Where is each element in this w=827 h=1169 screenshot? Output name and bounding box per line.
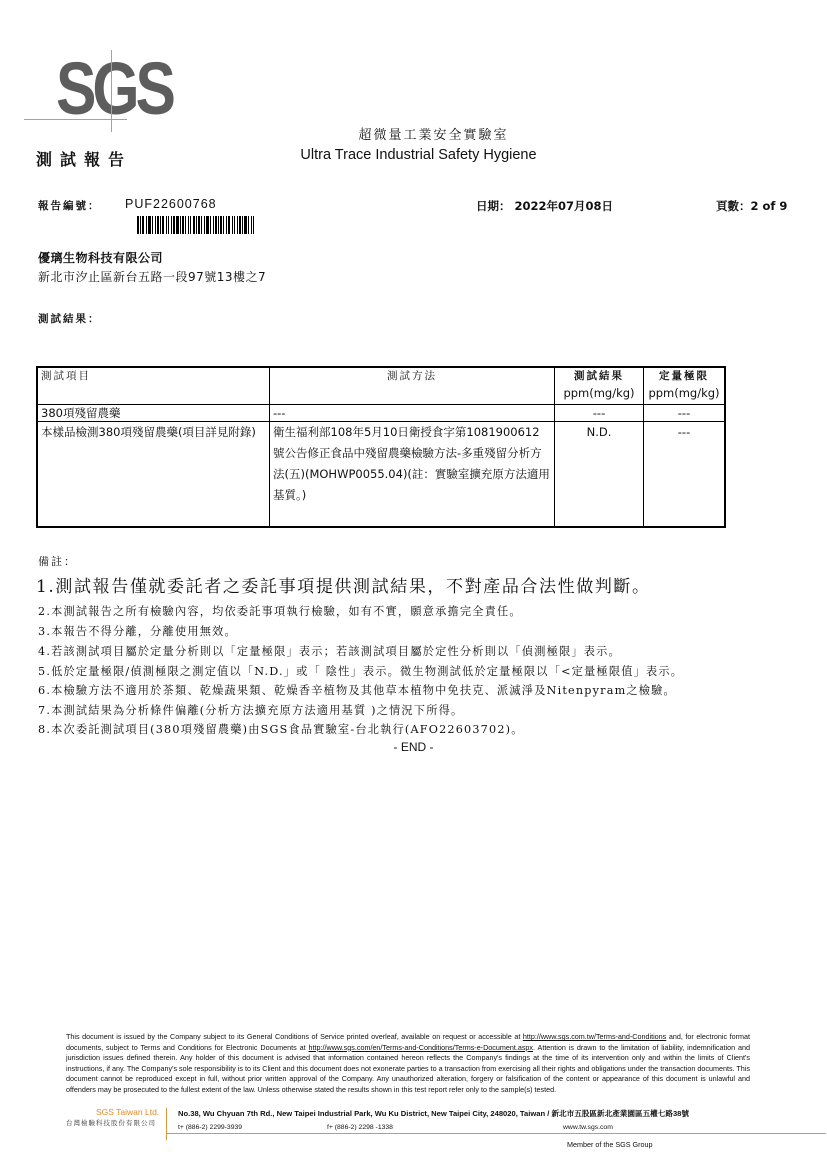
note-item: 1.測試報告僅就委託者之委託事項提供測試結果，不對產品合法性做判斷。 — [36, 572, 651, 597]
notes-title: 備註： — [38, 553, 77, 569]
cell-method: --- — [270, 405, 555, 422]
footer-accent-vline — [166, 1108, 167, 1140]
client-address: 新北市汐止區新台五路一段97號13樓之7 — [38, 268, 266, 285]
cell-item: 本樣品檢測380項殘留農藥(項目詳見附錄) — [37, 422, 270, 528]
table-row: 380項殘留農藥 --- --- --- — [37, 405, 725, 422]
footer-website[interactable]: www.tw.sgs.com — [563, 1124, 613, 1131]
footer-fax: f+ (886-2) 2298 -1338 — [327, 1124, 393, 1131]
header-loq-label: 定量極限 — [647, 368, 721, 385]
client-name: 優璃生物科技有限公司 — [38, 249, 163, 266]
footer-company-cn: 台灣檢驗科技股份有限公司 — [66, 1118, 156, 1127]
header-result-label: 測試結果 — [558, 368, 640, 385]
header-loq-unit: ppm(mg/kg) — [647, 385, 721, 402]
note-item: 2.本測試報告之所有檢驗內容，均依委託事項執行檢驗，如有不實，願意承擔完全責任。 — [38, 603, 522, 619]
cell-loq: --- — [644, 422, 726, 528]
cell-result: N.D. — [555, 422, 644, 528]
header-test-result: 測試結果 ppm(mg/kg) — [555, 367, 644, 405]
footer-address: No.38, Wu Chyuan 7th Rd., New Taipei Ind… — [178, 1108, 689, 1119]
disclaimer-text: This document is issued by the Company s… — [66, 1032, 523, 1041]
header-test-method: 測試方法 — [270, 367, 555, 405]
note-item: 7.本測試結果為分析條件偏離(分析方法擴充原方法適用基質 )之情況下所得。 — [38, 702, 463, 718]
note-item: 4.若該測試項目屬於定量分析則以「定量極限」表示；若該測試項目屬於定性分析則以「… — [38, 643, 621, 659]
footer-accent-hline — [166, 1133, 826, 1134]
note-item: 8.本次委託測試項目(380項殘留農藥)由SGS食品實驗室-台北執行(AFO22… — [38, 721, 524, 737]
table-header-row: 測試項目 測試方法 測試結果 ppm(mg/kg) 定量極限 ppm(mg/kg… — [37, 367, 725, 405]
results-table: 測試項目 測試方法 測試結果 ppm(mg/kg) 定量極限 ppm(mg/kg… — [36, 366, 726, 528]
footer-telephone: t+ (886-2) 2299-3939 — [178, 1124, 242, 1131]
footer-company-en: SGS Taiwan Ltd. — [96, 1107, 159, 1117]
end-marker: - END - — [0, 740, 827, 754]
cell-loq: --- — [644, 405, 726, 422]
legal-disclaimer: This document is issued by the Company s… — [66, 1032, 750, 1096]
logo-accent-vline — [111, 50, 112, 132]
report-date: 日期： 2022年07月08日 — [476, 198, 613, 214]
footer-member: Member of the SGS Group — [567, 1140, 653, 1149]
cell-method: 衛生福利部108年5月10日衛授食字第1081900612號公告修正食品中殘留農… — [270, 422, 555, 528]
table-row: 本樣品檢測380項殘留農藥(項目詳見附錄) 衛生福利部108年5月10日衛授食字… — [37, 422, 725, 528]
report-title: 測試報告 — [36, 147, 132, 170]
report-number: PUF22600768 — [125, 197, 217, 211]
note-item: 6.本檢驗方法不適用於茶類、乾燥蔬果類、乾燥香辛植物及其他草本植物中免扶克、派滅… — [38, 682, 676, 698]
note-item: 5.低於定量極限/偵測極限之測定值以「N.D.」或「 陰性」表示。微生物測試低於… — [38, 663, 683, 679]
note-item: 3.本報告不得分離，分離使用無效。 — [38, 623, 237, 639]
header-test-item: 測試項目 — [37, 367, 270, 405]
cell-item: 380項殘留農藥 — [37, 405, 270, 422]
terms-conditions-link[interactable]: http://www.sgs.com.tw/Terms-and-Conditio… — [523, 1032, 666, 1041]
results-label: 測試結果： — [38, 311, 101, 326]
header-result-unit: ppm(mg/kg) — [558, 385, 640, 402]
page-count: 頁數：2 of 9 — [716, 198, 787, 214]
report-barcode — [137, 216, 332, 234]
report-number-label: 報告編號： — [38, 198, 101, 213]
sgs-logo: SGS — [56, 52, 172, 126]
lab-name-cn: 超微量工業安全實驗室 — [0, 124, 827, 143]
terms-e-document-link[interactable]: http://www.sgs.com/en/Terms-and-Conditio… — [309, 1043, 534, 1052]
cell-result: --- — [555, 405, 644, 422]
header-loq: 定量極限 ppm(mg/kg) — [644, 367, 726, 405]
